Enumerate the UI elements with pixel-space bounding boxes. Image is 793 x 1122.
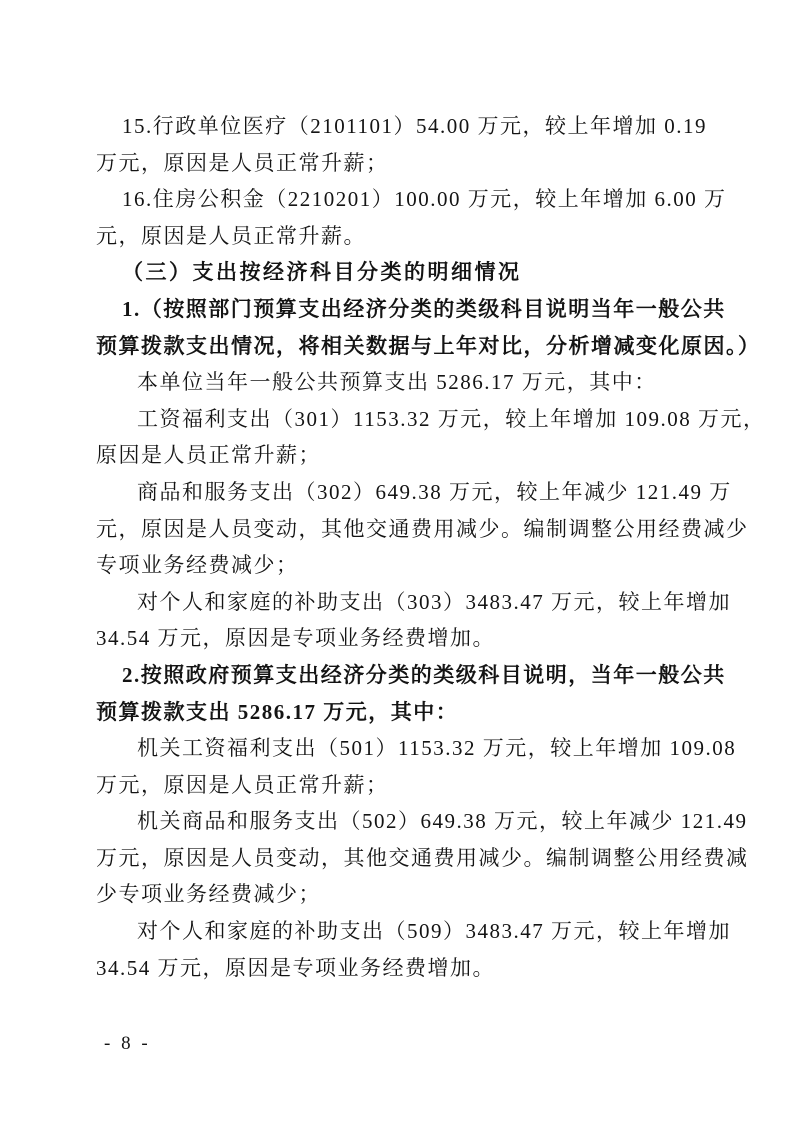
note-2-government-classification-line-1: 2.按照政府预算支出经济分类的类级科目说明，当年一般公共	[96, 657, 736, 694]
document-page: 15.行政单位医疗（2101101）54.00 万元，较上年增加 0.19万元，…	[0, 0, 793, 1122]
item-301-wages-welfare-line-2: 原因是人员正常升薪；	[96, 437, 736, 474]
item-301-wages-welfare-line-1: 工资福利支出（301）1153.32 万元，较上年增加 109.08 万元，	[96, 401, 736, 438]
section-heading-3-line-1: （三）支出按经济科目分类的明细情况	[96, 254, 736, 291]
note-1-department-classification-line-1: 1.（按照部门预算支出经济分类的类级科目说明当年一般公共	[96, 291, 736, 328]
item-303-individual-family-subsidy-line-1: 对个人和家庭的补助支出（303）3483.47 万元，较上年增加	[96, 584, 736, 621]
note-2-government-classification-line-2: 预算拨款支出 5286.17 万元，其中：	[96, 694, 736, 731]
item-16-housing-fund-line-1: 16.住房公积金（2210201）100.00 万元，较上年增加 6.00 万	[96, 181, 736, 218]
item-502-agency-goods-services-line-2: 万元，原因是人员变动，其他交通费用减少。编制调整公用经费减	[96, 840, 736, 877]
item-501-agency-wages-welfare-line-1: 机关工资福利支出（501）1153.32 万元，较上年增加 109.08	[96, 730, 736, 767]
item-303-individual-family-subsidy-line-2: 34.54 万元，原因是专项业务经费增加。	[96, 620, 736, 657]
page-number: - 8 -	[104, 1033, 151, 1055]
total-public-budget-expenditure-line-1: 本单位当年一般公共预算支出 5286.17 万元，其中：	[96, 364, 736, 401]
item-16-housing-fund-line-2: 元，原因是人员正常升薪。	[96, 218, 736, 255]
note-1-department-classification-line-2: 预算拨款支出情况，将相关数据与上年对比，分析增减变化原因。）	[96, 328, 736, 365]
item-501-agency-wages-welfare-line-2: 万元，原因是人员正常升薪；	[96, 767, 736, 804]
item-302-goods-services-line-3: 专项业务经费减少；	[96, 547, 736, 584]
item-15-admin-medical-line-1: 15.行政单位医疗（2101101）54.00 万元，较上年增加 0.19	[96, 108, 736, 145]
item-502-agency-goods-services-line-3: 少专项业务经费减少；	[96, 876, 736, 913]
item-502-agency-goods-services-line-1: 机关商品和服务支出（502）649.38 万元，较上年减少 121.49	[96, 803, 736, 840]
item-509-individual-family-subsidy-line-2: 34.54 万元，原因是专项业务经费增加。	[96, 950, 736, 987]
item-15-admin-medical-line-2: 万元，原因是人员正常升薪；	[96, 145, 736, 182]
item-509-individual-family-subsidy-line-1: 对个人和家庭的补助支出（509）3483.47 万元，较上年增加	[96, 913, 736, 950]
document-body: 15.行政单位医疗（2101101）54.00 万元，较上年增加 0.19万元，…	[96, 108, 736, 986]
item-302-goods-services-line-2: 元，原因是人员变动，其他交通费用减少。编制调整公用经费减少	[96, 511, 736, 548]
item-302-goods-services-line-1: 商品和服务支出（302）649.38 万元，较上年减少 121.49 万	[96, 474, 736, 511]
